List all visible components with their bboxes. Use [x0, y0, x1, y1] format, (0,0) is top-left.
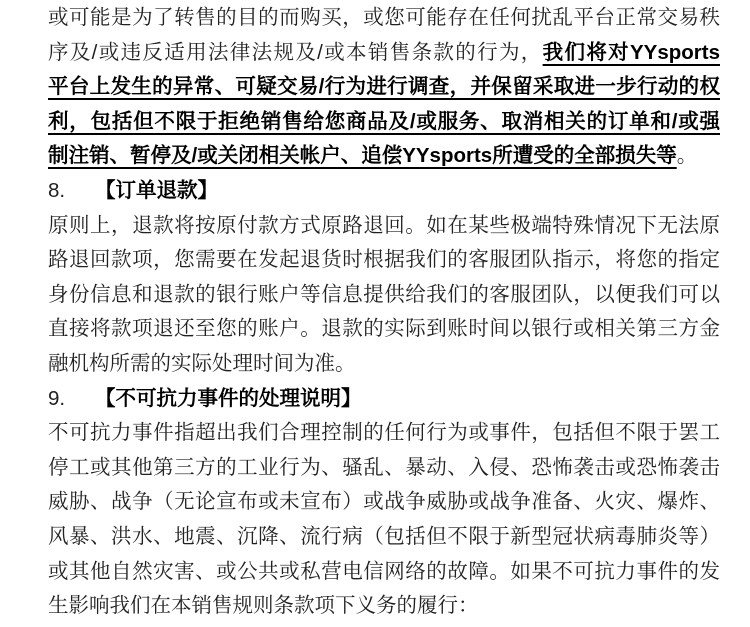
- terms-text-line: 风暴、洪水、地震、沉降、流行病（包括但不限于新型冠状病毒肺炎等）: [48, 520, 720, 555]
- clause-8-heading: 8.【订单退款】: [48, 174, 720, 209]
- emphasized-terms-text: 制注销、暂停及/或关闭相关帐户、追偿YYsports所遭受的全部损失等: [48, 144, 677, 167]
- terms-text-line: 路退回款项，您需要在发起退货时根据我们的客服团队指示，将您的指定: [48, 243, 720, 278]
- clause-8-number: 8.: [48, 174, 95, 209]
- terms-text: 停工或其他第三方的工业行为、骚乱、暴动、入侵、恐怖袭击或恐怖袭击: [48, 456, 720, 479]
- terms-text-line: 平台上发生的异常、可疑交易/行为进行调查，并保留采取进一步行动的权: [48, 70, 720, 105]
- document-page: 或可能是为了转售的目的而购买，或您可能存在任何扰乱平台正常交易秩 序及/或违反适…: [0, 0, 750, 627]
- clause-9-number: 9.: [48, 382, 95, 417]
- terms-text-line: 威胁、战争（无论宣布或未宣布）或战争威胁或战争准备、火灾、爆炸、: [48, 485, 720, 520]
- terms-text: 直接将款项退还至您的账户。退款的实际到账时间以银行或相关第三方金: [48, 317, 720, 340]
- clause-9-title: 【不可抗力事件的处理说明】: [95, 387, 362, 410]
- terms-text: 。: [677, 144, 698, 167]
- terms-text: 生影响我们在本销售规则条款项下义务的履行：: [48, 594, 479, 617]
- terms-text: 不可抗力事件指超出我们合理控制的任何行为或事件，包括但不限于罢工: [48, 421, 720, 444]
- terms-text: 融机构所需的实际处理时间为准。: [48, 352, 356, 375]
- terms-text: 序及/或违反适用法律法规及/或本销售条款的行为，: [48, 41, 543, 64]
- terms-text-line: 原则上，退款将按原付款方式原路退回。如在某些极端特殊情况下无法原: [48, 209, 720, 244]
- emphasized-terms-text: 平台上发生的异常、可疑交易/行为进行调查，并保留采取进一步行动的权: [48, 75, 720, 98]
- terms-text-line: 制注销、暂停及/或关闭相关帐户、追偿YYsports所遭受的全部损失等。: [48, 139, 720, 174]
- terms-text-line: 或其他自然灾害、或公共或私营电信网络的故障。如果不可抗力事件的发: [48, 555, 720, 590]
- clause-8-title: 【订单退款】: [95, 179, 218, 202]
- terms-text-line: 不可抗力事件指超出我们合理控制的任何行为或事件，包括但不限于罢工: [48, 416, 720, 451]
- emphasized-terms-text: 利，包括但不限于拒绝销售给您商品及/或服务、取消相关的订单和/或强: [48, 110, 720, 133]
- terms-text-line: 生影响我们在本销售规则条款项下义务的履行：: [48, 589, 720, 624]
- clause-9-heading: 9.【不可抗力事件的处理说明】: [48, 382, 720, 417]
- terms-text-line: 直接将款项退还至您的账户。退款的实际到账时间以银行或相关第三方金: [48, 312, 720, 347]
- terms-text-line: 利，包括但不限于拒绝销售给您商品及/或服务、取消相关的订单和/或强: [48, 105, 720, 140]
- terms-text: 路退回款项，您需要在发起退货时根据我们的客服团队指示，将您的指定: [48, 248, 720, 271]
- terms-text-line: 或可能是为了转售的目的而购买，或您可能存在任何扰乱平台正常交易秩: [48, 1, 720, 36]
- terms-text: 原则上，退款将按原付款方式原路退回。如在某些极端特殊情况下无法原: [48, 214, 720, 237]
- terms-text: 或可能是为了转售的目的而购买，或您可能存在任何扰乱平台正常交易秩: [48, 6, 720, 29]
- terms-text-line: 停工或其他第三方的工业行为、骚乱、暴动、入侵、恐怖袭击或恐怖袭击: [48, 451, 720, 486]
- terms-text: 或其他自然灾害、或公共或私营电信网络的故障。如果不可抗力事件的发: [48, 560, 720, 583]
- terms-text: 风暴、洪水、地震、沉降、流行病（包括但不限于新型冠状病毒肺炎等）: [48, 525, 720, 548]
- terms-text: 威胁、战争（无论宣布或未宣布）或战争威胁或战争准备、火灾、爆炸、: [48, 490, 720, 513]
- terms-text: 身份信息和退款的银行账户等信息提供给我们的客服团队，以便我们可以: [48, 283, 720, 306]
- terms-text-line: 身份信息和退款的银行账户等信息提供给我们的客服团队，以便我们可以: [48, 278, 720, 313]
- terms-text-line: 融机构所需的实际处理时间为准。: [48, 347, 720, 382]
- emphasized-terms-text: 我们将对YYsports: [543, 41, 720, 64]
- terms-text-line: 序及/或违反适用法律法规及/或本销售条款的行为，我们将对YYsports: [48, 36, 720, 71]
